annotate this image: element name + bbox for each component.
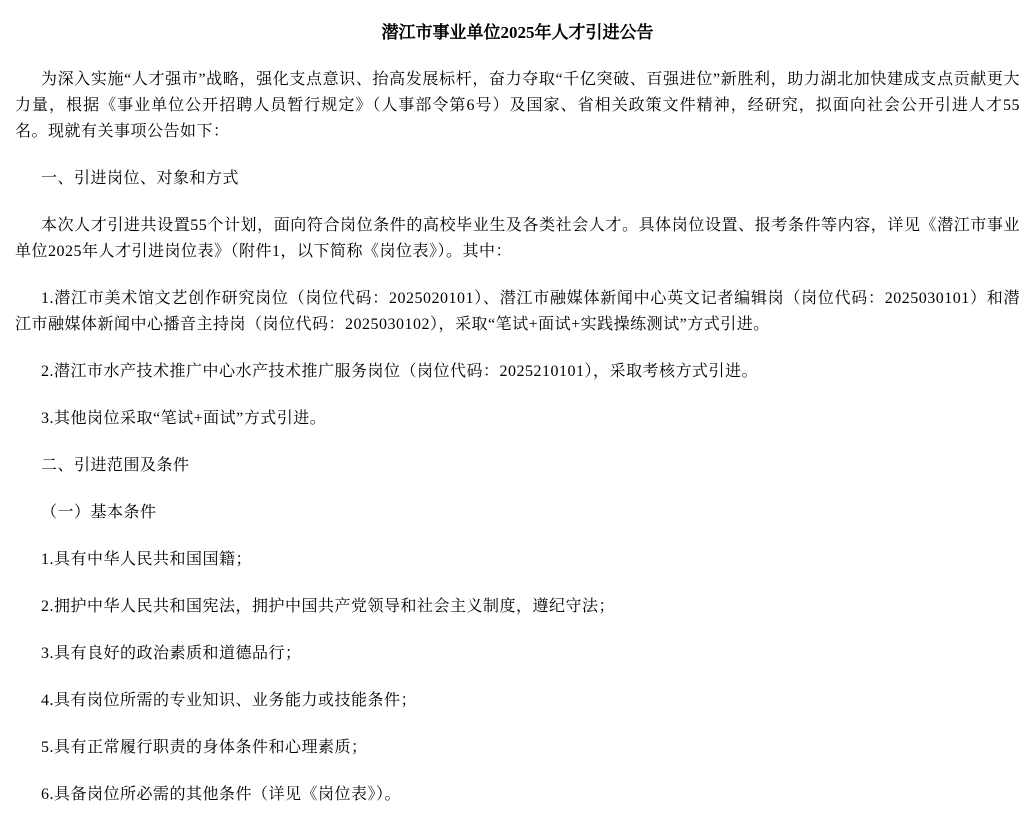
section-heading-1: 一、引进岗位、对象和方式 [15, 166, 1020, 192]
para-method-1: 1.潜江市美术馆文艺创作研究岗位（岗位代码：2025020101）、潜江市融媒体… [15, 286, 1020, 338]
para-condition-4: 4.具有岗位所需的专业知识、业务能力或技能条件； [15, 688, 1020, 714]
para-method-2: 2.潜江市水产技术推广中心水产技术推广服务岗位（岗位代码：2025210101）… [15, 359, 1020, 385]
para-condition-2: 2.拥护中华人民共和国宪法，拥护中国共产党领导和社会主义制度，遵纪守法； [15, 594, 1020, 620]
section-heading-2: 二、引进范围及条件 [15, 453, 1020, 479]
document-title: 潜江市事业单位2025年人才引进公告 [15, 20, 1020, 46]
para-condition-1: 1.具有中华人民共和国国籍； [15, 547, 1020, 573]
announcement-document: 潜江市事业单位2025年人才引进公告 为深入实施“人才强市”战略，强化支点意识、… [0, 0, 1036, 816]
para-plan-overview: 本次人才引进共设置55个计划，面向符合岗位条件的高校毕业生及各类社会人才。具体岗… [15, 213, 1020, 265]
para-condition-6: 6.具备岗位所必需的其他条件（详见《岗位表》）。 [15, 782, 1020, 808]
para-method-3: 3.其他岗位采取“笔试+面试”方式引进。 [15, 406, 1020, 432]
sub-heading-basic-conditions: （一）基本条件 [15, 500, 1020, 526]
para-condition-5: 5.具有正常履行职责的身体条件和心理素质； [15, 735, 1020, 761]
para-condition-3: 3.具有良好的政治素质和道德品行； [15, 641, 1020, 667]
para-intro: 为深入实施“人才强市”战略，强化支点意识、抬高发展标杆，奋力夺取“千亿突破、百强… [15, 67, 1020, 145]
